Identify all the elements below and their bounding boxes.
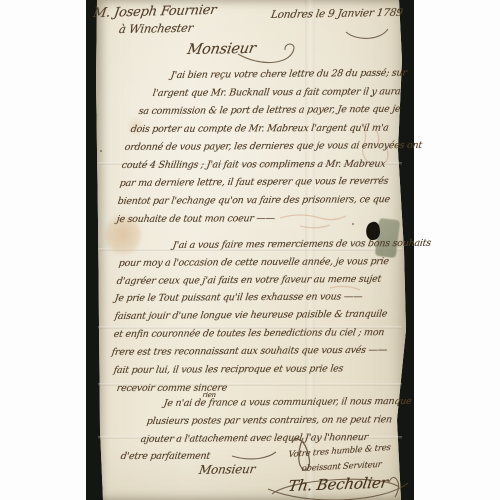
letter-line: et enfin couronnée de toutes les benedic… [113,327,385,340]
dateline: Londres le 9 Janvier 1789 [270,7,404,21]
letter-line: Je n'ai de france a vous communiquer, il… [163,396,412,409]
letter-line: sa commission & le port de lettres a pay… [138,104,401,117]
letter-line: J'ai a vous faire mes remerciemens de vo… [172,238,432,251]
letter-line: pour moy a l'occasion de cette nouvelle … [118,256,389,269]
closing-monsieur: Monsieur [198,462,256,477]
letter-line: couté 4 Shillings ; J'ai fait vos compli… [121,159,386,171]
letter-photo: M. Joseph Fournier à Winchester Londres … [0,0,500,500]
letter-line: fait pour lui, il vous les reciproque et… [113,363,344,376]
letter-line: d'etre parfaitement [120,451,211,462]
signature: Th. Becholier [287,474,389,495]
letter-line: Je prie le Tout puissant qu'il les exhau… [114,291,363,304]
letter-line: dois porter au compte de Mr. Mabreux l'a… [130,123,389,135]
letter-line: l'argent que Mr. Bucknall vous a fait co… [152,86,401,99]
letter-line: bientot par l'echange qu'on va faire des… [117,194,391,207]
salutation: Monsieur [186,41,257,58]
letter-line: par ma derniere lettre, il faut esperer … [119,176,389,189]
ink-speck [352,223,354,225]
ink-speck [100,150,102,152]
recipient-place: à Winchester [118,21,194,36]
letter-line: plusieurs postes par vents contraires, o… [146,414,393,427]
interlinear-insertion: rien [202,391,216,399]
letter-line: ajouter a l'attachement avec lequel J'ay… [140,432,369,445]
letter-line: ordonné de vous payer, les dernieres que… [124,140,423,153]
letter-line: je souhaite de tout mon coeur —— [116,213,276,225]
letter-line: d'agréer ceux que j'ai faits en votre fa… [116,274,382,287]
